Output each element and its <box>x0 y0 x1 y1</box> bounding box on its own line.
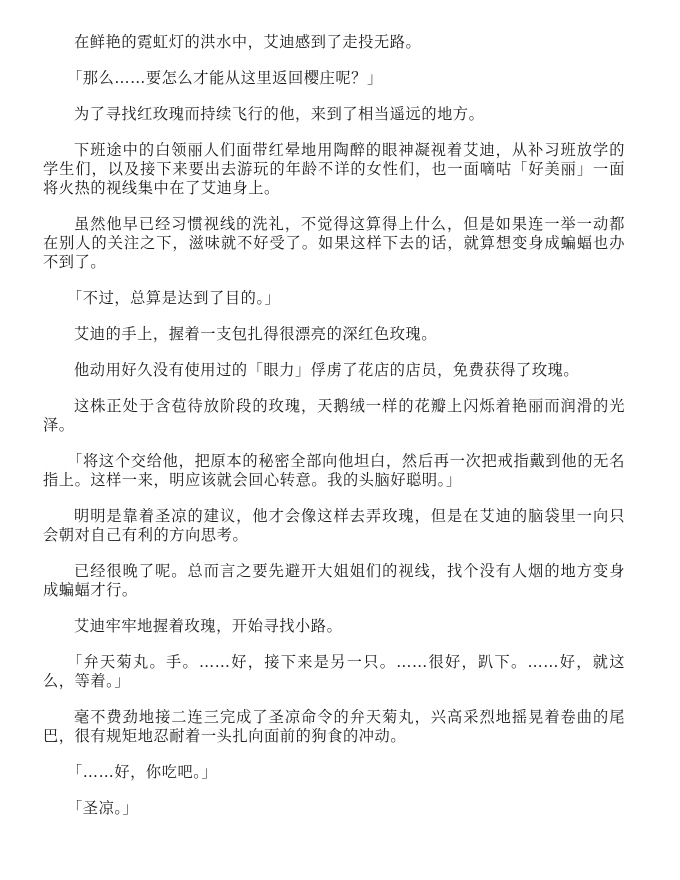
document-page: 在鲜艳的霓虹灯的洪水中，艾迪感到了走投无路。 「那么……要怎么才能从这里返回樱庄… <box>43 33 625 835</box>
paragraph-narration: 已经很晚了呢。总而言之要先避开大姐姐们的视线，找个没有人烟的地方变身成蝙蝠才行。 <box>43 562 625 600</box>
paragraph-narration: 为了寻找红玫瑰而持续飞行的他，来到了相当遥远的地方。 <box>43 105 625 124</box>
paragraph-narration: 明明是靠着圣凉的建议，他才会像这样去弄玫瑰，但是在艾迪的脑袋里一向只会朝对自己有… <box>43 507 625 545</box>
paragraph-narration: 艾迪牢牢地握着玫瑰，开始寻找小路。 <box>43 617 625 636</box>
paragraph-dialogue: 「不过，总算是达到了目的。」 <box>43 289 625 308</box>
paragraph-dialogue: 「弁天菊丸。手。……好，接下来是另一只。……很好，趴下。……好，就这么，等着。」 <box>43 653 625 691</box>
paragraph-narration: 艾迪的手上，握着一支包扎得很漂亮的深红色玫瑰。 <box>43 325 625 344</box>
paragraph-narration: 虽然他早已经习惯视线的洗礼，不觉得这算得上什么，但是如果连一举一动都在别人的关注… <box>43 215 625 272</box>
paragraph-narration: 毫不费劲地接二连三完成了圣凉命令的弁天菊丸，兴高采烈地摇晃着卷曲的尾巴，很有规矩… <box>43 708 625 746</box>
paragraph-narration: 下班途中的白领丽人们面带红晕地用陶醉的眼神凝视着艾迪，从补习班放学的学生们，以及… <box>43 141 625 198</box>
paragraph-narration: 在鲜艳的霓虹灯的洪水中，艾迪感到了走投无路。 <box>43 33 625 52</box>
paragraph-narration: 他动用好久没有使用过的「眼力」俘虏了花店的店员，免费获得了玫瑰。 <box>43 361 625 380</box>
paragraph-narration: 这株正处于含苞待放阶段的玫瑰，天鹅绒一样的花瓣上闪烁着艳丽而润滑的光泽。 <box>43 397 625 435</box>
paragraph-dialogue: 「将这个交给他，把原本的秘密全部向他坦白，然后再一次把戒指戴到他的无名指上。这样… <box>43 452 625 490</box>
paragraph-dialogue: 「圣凉。」 <box>43 799 625 818</box>
paragraph-dialogue: 「……好，你吃吧。」 <box>43 763 625 782</box>
paragraph-dialogue: 「那么……要怎么才能从这里返回樱庄呢？」 <box>43 69 625 88</box>
